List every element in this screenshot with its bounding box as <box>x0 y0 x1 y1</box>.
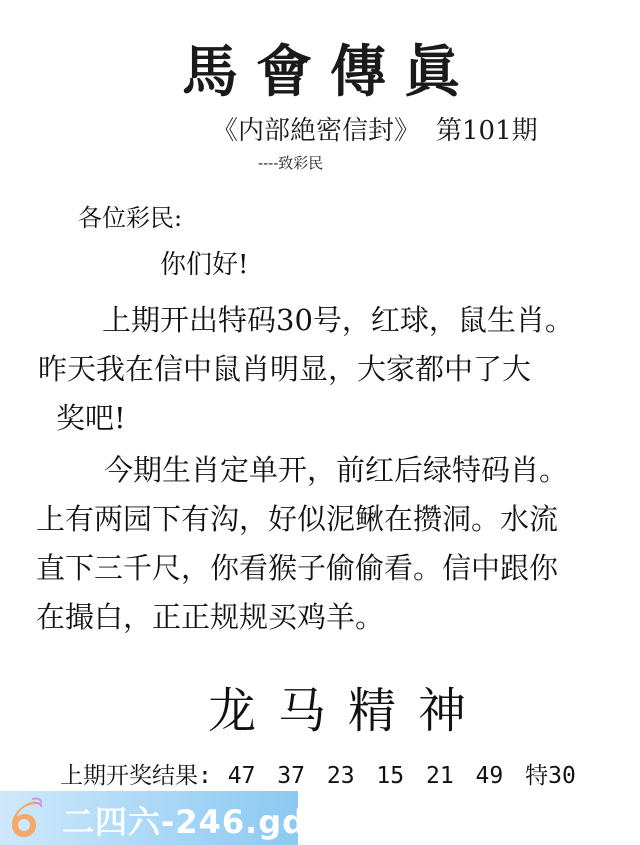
text-line: 上期开出特码30号，红球，鼠生肖。 <box>56 296 616 345</box>
watermark-banner: 二四六-246.gd <box>0 791 298 845</box>
subtitle: 《内部絶密信封》第101期 <box>212 110 538 147</box>
paragraph-last-draw: 上期开出特码30号，红球，鼠生肖。 昨天我在信中鼠肖明显，大家都中了大 奖吧! <box>56 296 616 443</box>
six-logo-icon <box>6 797 42 839</box>
last-draw-results: 上期开奖结果: 47 37 23 15 21 49 特30 <box>60 757 584 790</box>
text-line: 昨天我在信中鼠肖明显，大家都中了大 <box>38 345 616 394</box>
salutation: 你们好! <box>160 244 248 281</box>
subtitle-name: 《内部絶密信封》 <box>212 116 420 146</box>
issue-number: 第101期 <box>436 116 538 146</box>
result-number: 15 <box>376 763 404 789</box>
result-number: 21 <box>426 763 454 789</box>
result-number: 23 <box>327 763 355 789</box>
page-title: 馬會傳眞 <box>182 28 478 108</box>
text-line: 上有两园下有沟，好似泥鳅在攒洞。水流 <box>36 495 596 544</box>
results-label: 上期开奖结果: <box>60 763 212 789</box>
greeting: 各位彩民: <box>78 198 182 233</box>
result-special: 特30 <box>525 763 576 789</box>
text-line: 在撮白，正正规规买鸡羊。 <box>36 593 596 642</box>
motto: 龙马精神 <box>208 672 488 741</box>
result-number: 37 <box>277 763 305 789</box>
result-number: 49 <box>476 763 504 789</box>
signoff: ----致彩民 <box>258 152 323 173</box>
paragraph-prediction: 今期生肖定单开，前红后绿特码肖。 上有两园下有沟，好似泥鳅在攒洞。水流 直下三千… <box>36 446 596 642</box>
result-number: 47 <box>228 763 256 789</box>
text-line: 奖吧! <box>56 394 616 443</box>
text-line: 直下三千尺，你看猴子偷偷看。信中跟你 <box>36 544 596 593</box>
watermark-text: 二四六-246.gd <box>62 797 306 843</box>
text-line: 今期生肖定单开，前红后绿特码肖。 <box>36 446 596 495</box>
